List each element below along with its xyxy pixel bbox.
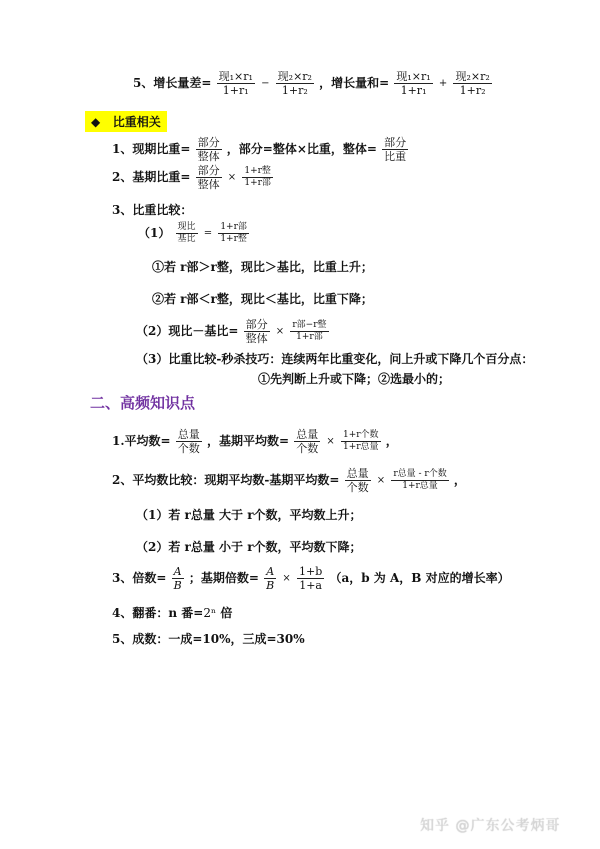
section-heading-high-frequency: 二、高频知识点 bbox=[90, 392, 195, 413]
proportion-item-3-sub2: （2）现比－基比= 部分整体 × r部−r整1+r部 bbox=[136, 318, 330, 345]
numerator: r部−r整 bbox=[290, 320, 328, 332]
growth-diff-formula: 5、增长量差= 现₁×r₁1+r₁ − 现₂×r₂1+r₂ ，增长量和= 现₁×… bbox=[133, 70, 493, 97]
times-sign: × bbox=[276, 326, 284, 337]
label: 4、翻番：n 番= bbox=[112, 606, 203, 620]
diamond-bullet-icon: ◆ bbox=[91, 115, 100, 129]
average-case-rise: （1）若 r总量 大于 r个数，平均数上升； bbox=[136, 506, 362, 523]
denominator: 1+r₂ bbox=[458, 84, 488, 97]
denominator: 整体 bbox=[196, 150, 222, 163]
numerator: 部分 bbox=[196, 136, 222, 150]
numerator: 1+r整 bbox=[242, 166, 273, 178]
numerator: A bbox=[172, 565, 184, 579]
fraction: 1+r整1+r部 bbox=[242, 166, 273, 189]
equals-sign: = bbox=[204, 228, 212, 239]
denominator: 1+r₁ bbox=[221, 84, 251, 97]
fraction: 部分整体 bbox=[244, 318, 270, 345]
fraction: AB bbox=[264, 565, 276, 592]
denominator: 个数 bbox=[294, 442, 320, 455]
denominator: 个数 bbox=[176, 442, 202, 455]
numerator: 现比 bbox=[176, 222, 198, 234]
fraction: 1+r部1+r整 bbox=[218, 222, 249, 245]
numerator: 现₂×r₂ bbox=[276, 70, 314, 84]
fraction: 总量个数 bbox=[176, 428, 202, 455]
denominator: 个数 bbox=[345, 481, 371, 494]
fraction: r总量 - r个数1+r总量 bbox=[391, 469, 448, 492]
average-item-1: 1.平均数= 总量个数 ，基期平均数= 总量个数 × 1+r个数1+r总量 ， bbox=[112, 428, 398, 455]
denominator: 1+r部 bbox=[294, 332, 325, 343]
ratio-item-5: 5、成数：一成=10%，三成=30% bbox=[112, 630, 305, 647]
denominator: 1+r₁ bbox=[399, 84, 429, 97]
label: 1.平均数= bbox=[112, 434, 171, 448]
section-title: 比重相关 bbox=[113, 115, 161, 129]
proportion-case-rise: ①若 r部＞r整，现比＞基比，比重上升； bbox=[152, 258, 373, 275]
numerator: 部分 bbox=[196, 164, 222, 178]
watermark: 知乎 @广东公考炳哥 bbox=[420, 815, 560, 835]
fraction: 1+r个数1+r总量 bbox=[341, 430, 381, 453]
denominator: 比重 bbox=[382, 150, 408, 163]
label: 1、现期比重= bbox=[112, 142, 190, 156]
fraction: 现₁×r₁1+r₁ bbox=[217, 70, 255, 97]
denominator: 1+r整 bbox=[218, 234, 249, 245]
proportion-item-1: 1、现期比重= 部分整体 ，部分=整体×比重，整体= 部分比重 bbox=[112, 136, 409, 163]
denominator: 1+r部 bbox=[242, 178, 273, 189]
numerator: 部分 bbox=[382, 136, 408, 150]
fraction: 部分整体 bbox=[196, 136, 222, 163]
average-case-fall: （2）若 r总量 小于 r个数，平均数下降； bbox=[136, 538, 362, 555]
numerator: A bbox=[264, 565, 276, 579]
fraction: 1+b1+a bbox=[297, 565, 324, 592]
text: ，基期平均数= bbox=[207, 434, 289, 448]
text: ；基期倍数= bbox=[189, 571, 259, 585]
denominator: 1+a bbox=[297, 579, 324, 592]
label: （2）现比－基比= bbox=[136, 324, 238, 338]
times-sign: × bbox=[282, 573, 290, 584]
numerator: 现₁×r₁ bbox=[394, 70, 432, 84]
numerator: 1+r个数 bbox=[341, 430, 381, 442]
numerator: 1+b bbox=[297, 565, 324, 579]
numerator: 总量 bbox=[345, 467, 371, 481]
denominator: 整体 bbox=[196, 178, 222, 191]
label: 5、增长量差= bbox=[133, 76, 211, 90]
denominator: B bbox=[264, 579, 276, 592]
times-sign: × bbox=[228, 172, 236, 183]
average-item-2: 2、平均数比较：现期平均数-基期平均数= 总量个数 × r总量 - r个数1+r… bbox=[112, 467, 466, 494]
numerator: 总量 bbox=[176, 428, 202, 442]
fraction: 总量个数 bbox=[345, 467, 371, 494]
fraction: 现比基比 bbox=[176, 222, 198, 245]
numerator: r总量 - r个数 bbox=[391, 469, 448, 481]
text: 倍 bbox=[220, 606, 232, 620]
proportion-item-3-tip: ①先判断上升或下降；②选最小的； bbox=[258, 370, 450, 387]
fraction: r部−r整1+r部 bbox=[290, 320, 328, 343]
fraction: AB bbox=[172, 565, 184, 592]
fraction: 现₂×r₂1+r₂ bbox=[276, 70, 314, 97]
expression: 2ⁿ bbox=[203, 606, 216, 620]
fraction: 现₂×r₂1+r₂ bbox=[453, 70, 491, 97]
numerator: 总量 bbox=[294, 428, 320, 442]
denominator: 1+r总量 bbox=[400, 481, 440, 492]
label: 3、倍数= bbox=[112, 571, 166, 585]
proportion-item-3-sub1: （1） 现比基比 = 1+r部1+r整 bbox=[138, 222, 250, 245]
times-sign: × bbox=[377, 475, 385, 486]
multiple-item-3: 3、倍数= AB ；基期倍数= AB × 1+b1+a （a，b 为 A，B 对… bbox=[112, 565, 510, 592]
text: ， bbox=[386, 434, 398, 448]
text: ，部分=整体×比重，整体= bbox=[227, 142, 377, 156]
plus-sign: + bbox=[439, 78, 447, 89]
numerator: 现₁×r₁ bbox=[217, 70, 255, 84]
numerator: 现₂×r₂ bbox=[453, 70, 491, 84]
denominator: B bbox=[172, 579, 184, 592]
text: ， bbox=[454, 473, 466, 487]
note: （a，b 为 A，B 对应的增长率） bbox=[329, 571, 509, 585]
fraction: 部分整体 bbox=[196, 164, 222, 191]
section-heading-proportion: ◆ 比重相关 bbox=[85, 111, 167, 132]
label: （1） bbox=[138, 226, 170, 240]
fraction: 总量个数 bbox=[294, 428, 320, 455]
numerator: 部分 bbox=[244, 318, 270, 332]
proportion-item-2: 2、基期比重= 部分整体 × 1+r整1+r部 bbox=[112, 164, 274, 191]
denominator: 1+r总量 bbox=[341, 442, 381, 453]
label: 2、基期比重= bbox=[112, 170, 190, 184]
label: 2、平均数比较：现期平均数-基期平均数= bbox=[112, 473, 339, 487]
minus-sign: − bbox=[261, 78, 269, 89]
proportion-item-3-label: 3、比重比较： bbox=[112, 201, 192, 218]
denominator: 基比 bbox=[176, 234, 198, 245]
label: ，增长量和= bbox=[319, 76, 389, 90]
fraction: 部分比重 bbox=[382, 136, 408, 163]
proportion-case-fall: ②若 r部＜r整，现比＜基比，比重下降； bbox=[152, 290, 373, 307]
denominator: 1+r₂ bbox=[280, 84, 310, 97]
numerator: 1+r部 bbox=[218, 222, 249, 234]
times-sign: × bbox=[326, 436, 334, 447]
proportion-item-3-sub3: （3）比重比较-秒杀技巧：连续两年比重变化，问上升或下降几个百分点： bbox=[136, 350, 533, 367]
denominator: 整体 bbox=[244, 332, 270, 345]
doubling-item-4: 4、翻番：n 番=2ⁿ 倍 bbox=[112, 604, 232, 621]
fraction: 现₁×r₁1+r₁ bbox=[394, 70, 432, 97]
